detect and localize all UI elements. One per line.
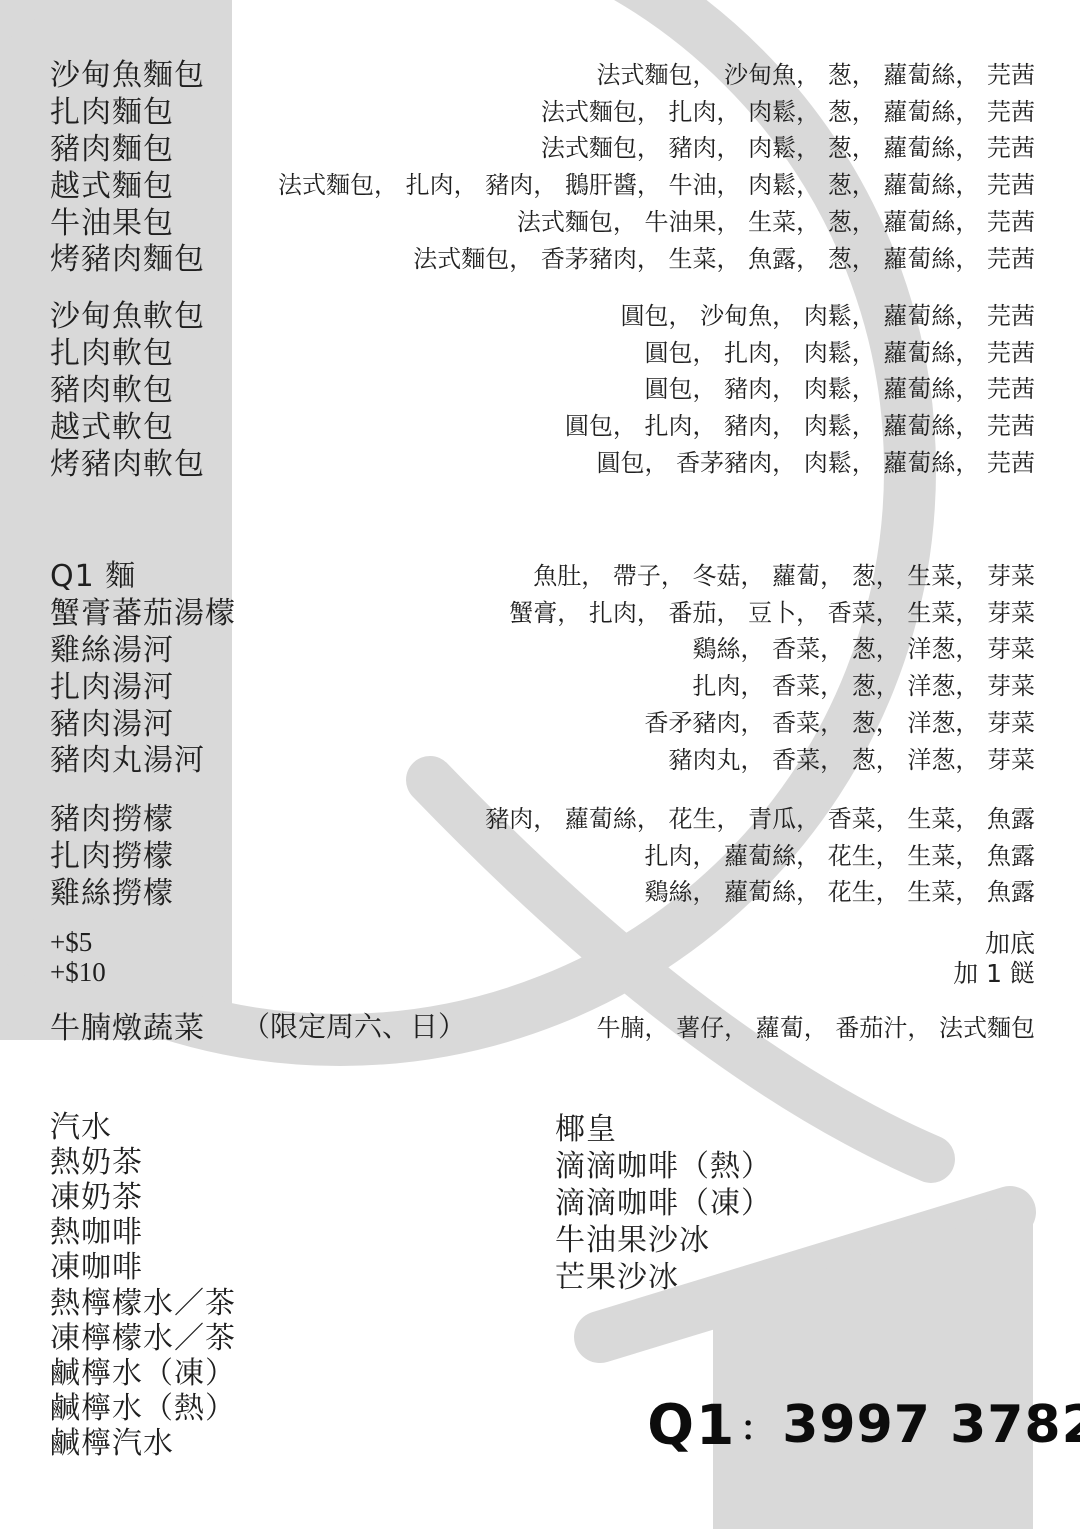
menu-item-row: 扎肉麵包法式麵包， 扎肉， 肉鬆， 葱， 蘿蔔絲， 芫茜	[50, 91, 1035, 128]
menu-item-row: 豬肉麵包法式麵包， 豬肉， 肉鬆， 葱， 蘿蔔絲， 芫茜	[50, 128, 1035, 165]
surcharge-amount: +$5	[50, 927, 92, 958]
menu-item-name: 豬肉丸湯河	[50, 735, 205, 779]
menu-item-ingredients: 法式麵包， 扎肉， 肉鬆， 葱， 蘿蔔絲， 芫茜	[541, 92, 1035, 127]
menu-item-row: 扎肉撈檬扎肉， 蘿蔔絲， 花生， 生菜， 魚露	[50, 835, 1035, 872]
surcharge-row: +$5加底	[50, 927, 1035, 957]
surcharge-amount: +$10	[50, 957, 106, 988]
menu-item-name: 烤豬肉麵包	[50, 234, 205, 278]
menu-item-ingredients: 法式麵包， 豬肉， 肉鬆， 葱， 蘿蔔絲， 芫茜	[541, 128, 1035, 163]
drink-item: 滴滴咖啡（凍）	[555, 1182, 772, 1219]
menu-section-baguettes: 沙甸魚麵包法式麵包， 沙甸魚， 葱， 蘿蔔絲， 芫茜扎肉麵包法式麵包， 扎肉， …	[50, 54, 1035, 275]
menu-item-ingredients: 圓包， 扎肉， 豬肉， 肉鬆， 蘿蔔絲， 芫茜	[565, 406, 1035, 441]
drink-item: 鹹檸汽水	[50, 1423, 236, 1458]
drinks-column-left: 汽水熱奶茶凍奶茶熱咖啡凍咖啡熱檸檬水／茶凍檸檬水／茶鹹檸水（凍）鹹檸水（熱）鹹檸…	[50, 1106, 236, 1458]
menu-item-ingredients: 鷄絲， 香菜， 葱， 洋葱， 芽菜	[692, 629, 1035, 664]
menu-item-ingredients: 扎肉， 香菜， 葱， 洋葱， 芽菜	[692, 666, 1035, 701]
menu-item-ingredients: 法式麵包， 牛油果， 生菜， 葱， 蘿蔔絲， 芫茜	[517, 202, 1035, 237]
menu-item-row: 雞絲湯河鷄絲， 香菜， 葱， 洋葱， 芽菜	[50, 629, 1035, 666]
special-item-name: 牛腩燉蔬菜	[50, 1003, 242, 1047]
menu-item-name: 雞絲撈檬	[50, 868, 174, 912]
menu-item-row: 雞絲撈檬鷄絲， 蘿蔔絲， 花生， 生菜， 魚露	[50, 872, 1035, 909]
menu-item-row: 豬肉撈檬豬肉， 蘿蔔絲， 花生， 青瓜， 香菜， 生菜， 魚露	[50, 798, 1035, 835]
menu-item-ingredients: 香矛豬肉， 香菜， 葱， 洋葱， 芽菜	[644, 703, 1035, 738]
menu-item-ingredients: 法式麵包， 扎肉， 豬肉， 鵝肝醬， 牛油， 肉鬆， 葱， 蘿蔔絲， 芫茜	[278, 165, 1035, 200]
drink-item: 芒果沙冰	[555, 1256, 772, 1293]
footer-contact: Q1 ： 3997 3782	[713, 1393, 1033, 1457]
special-item-description: 牛腩， 薯仔， 蘿蔔， 番茄汁， 法式麵包	[596, 1008, 1035, 1043]
menu-item-row: 烤豬肉軟包圓包， 香茅豬肉， 肉鬆， 蘿蔔絲， 芫茜	[50, 442, 1035, 479]
menu-item-row: 蟹膏蕃茄湯檬蟹膏， 扎肉， 番茄， 豆卜， 香菜， 生菜， 芽菜	[50, 592, 1035, 629]
menu-item-ingredients: 豬肉丸， 香菜， 葱， 洋葱， 芽菜	[668, 740, 1035, 775]
menu-item-row: 牛油果包法式麵包， 牛油果， 生菜， 葱， 蘿蔔絲， 芫茜	[50, 201, 1035, 238]
menu-item-ingredients: 魚肚， 帶子， 冬菇， 蘿蔔， 葱， 生菜， 芽菜	[533, 556, 1035, 591]
menu-section-lo-mun: 豬肉撈檬豬肉， 蘿蔔絲， 花生， 青瓜， 香菜， 生菜， 魚露扎肉撈檬扎肉， 蘿…	[50, 798, 1035, 908]
menu-item-ingredients: 法式麵包， 香茅豬肉， 生菜， 魚露， 葱， 蘿蔔絲， 芫茜	[413, 239, 1035, 274]
drink-item: 滴滴咖啡（熱）	[555, 1145, 772, 1182]
menu-item-ingredients: 鷄絲， 蘿蔔絲， 花生， 生菜， 魚露	[644, 872, 1035, 907]
menu-item-row: Q1 麵魚肚， 帶子， 冬菇， 蘿蔔， 葱， 生菜， 芽菜	[50, 555, 1035, 592]
menu-item-ingredients: 扎肉， 蘿蔔絲， 花生， 生菜， 魚露	[644, 836, 1035, 871]
surcharge-description: 加 1 餸	[953, 954, 1035, 990]
contact-colon: ：	[740, 1401, 774, 1450]
menu-item-row: 沙甸魚麵包法式麵包， 沙甸魚， 葱， 蘿蔔絲， 芫茜	[50, 54, 1035, 91]
drink-item: 牛油果沙冰	[555, 1219, 772, 1256]
menu-item-ingredients: 圓包， 扎肉， 肉鬆， 蘿蔔絲， 芫茜	[644, 333, 1035, 368]
menu-item-ingredients: 豬肉， 蘿蔔絲， 花生， 青瓜， 香菜， 生菜， 魚露	[485, 799, 1035, 834]
special-item-row: 牛腩燉蔬菜 （限定周六、日） 牛腩， 薯仔， 蘿蔔， 番茄汁， 法式麵包	[50, 1006, 1035, 1044]
menu-section-noodle-soups: Q1 麵魚肚， 帶子， 冬菇， 蘿蔔， 葱， 生菜， 芽菜蟹膏蕃茄湯檬蟹膏， 扎…	[50, 555, 1035, 776]
menu-item-row: 烤豬肉麵包法式麵包， 香茅豬肉， 生菜， 魚露， 葱， 蘿蔔絲， 芫茜	[50, 238, 1035, 275]
menu-item-ingredients: 圓包， 香茅豬肉， 肉鬆， 蘿蔔絲， 芫茜	[596, 443, 1035, 478]
menu-item-row: 扎肉湯河扎肉， 香菜， 葱， 洋葱， 芽菜	[50, 665, 1035, 702]
menu-section-soft-buns: 沙甸魚軟包圓包， 沙甸魚， 肉鬆， 蘿蔔絲， 芫茜扎肉軟包圓包， 扎肉， 肉鬆，…	[50, 295, 1035, 479]
menu-content: 沙甸魚麵包法式麵包， 沙甸魚， 葱， 蘿蔔絲， 芫茜扎肉麵包法式麵包， 扎肉， …	[0, 0, 1080, 1529]
menu-item-row: 豬肉湯河香矛豬肉， 香菜， 葱， 洋葱， 芽菜	[50, 702, 1035, 739]
menu-item-ingredients: 法式麵包， 沙甸魚， 葱， 蘿蔔絲， 芫茜	[596, 55, 1035, 90]
menu-item-ingredients: 蟹膏， 扎肉， 番茄， 豆卜， 香菜， 生菜， 芽菜	[509, 593, 1035, 628]
surcharge-row: +$10加 1 餸	[50, 957, 1035, 987]
drinks-column-right: 椰皇滴滴咖啡（熱）滴滴咖啡（凍）牛油果沙冰芒果沙冰	[555, 1108, 772, 1292]
menu-item-row: 扎肉軟包圓包， 扎肉， 肉鬆， 蘿蔔絲， 芫茜	[50, 332, 1035, 369]
menu-item-row: 越式麵包法式麵包， 扎肉， 豬肉， 鵝肝醬， 牛油， 肉鬆， 葱， 蘿蔔絲， 芫…	[50, 164, 1035, 201]
menu-item-row: 豬肉軟包圓包， 豬肉， 肉鬆， 蘿蔔絲， 芫茜	[50, 369, 1035, 406]
special-item-availability-note: （限定周六、日）	[242, 1005, 596, 1045]
menu-page: 沙甸魚麵包法式麵包， 沙甸魚， 葱， 蘿蔔絲， 芫茜扎肉麵包法式麵包， 扎肉， …	[0, 0, 1080, 1529]
drink-item: 椰皇	[555, 1108, 772, 1145]
surcharge-list: +$5加底+$10加 1 餸	[50, 927, 1035, 987]
menu-item-row: 豬肉丸湯河豬肉丸， 香菜， 葱， 洋葱， 芽菜	[50, 739, 1035, 776]
menu-item-name: 烤豬肉軟包	[50, 439, 205, 483]
menu-item-row: 沙甸魚軟包圓包， 沙甸魚， 肉鬆， 蘿蔔絲， 芫茜	[50, 295, 1035, 332]
menu-item-row: 越式軟包圓包， 扎肉， 豬肉， 肉鬆， 蘿蔔絲， 芫茜	[50, 405, 1035, 442]
phone-number: 3997 3782	[782, 1395, 1080, 1455]
menu-item-ingredients: 圓包， 豬肉， 肉鬆， 蘿蔔絲， 芫茜	[644, 369, 1035, 404]
brand-logo-text: Q1	[647, 1393, 736, 1457]
menu-item-ingredients: 圓包， 沙甸魚， 肉鬆， 蘿蔔絲， 芫茜	[620, 296, 1035, 331]
